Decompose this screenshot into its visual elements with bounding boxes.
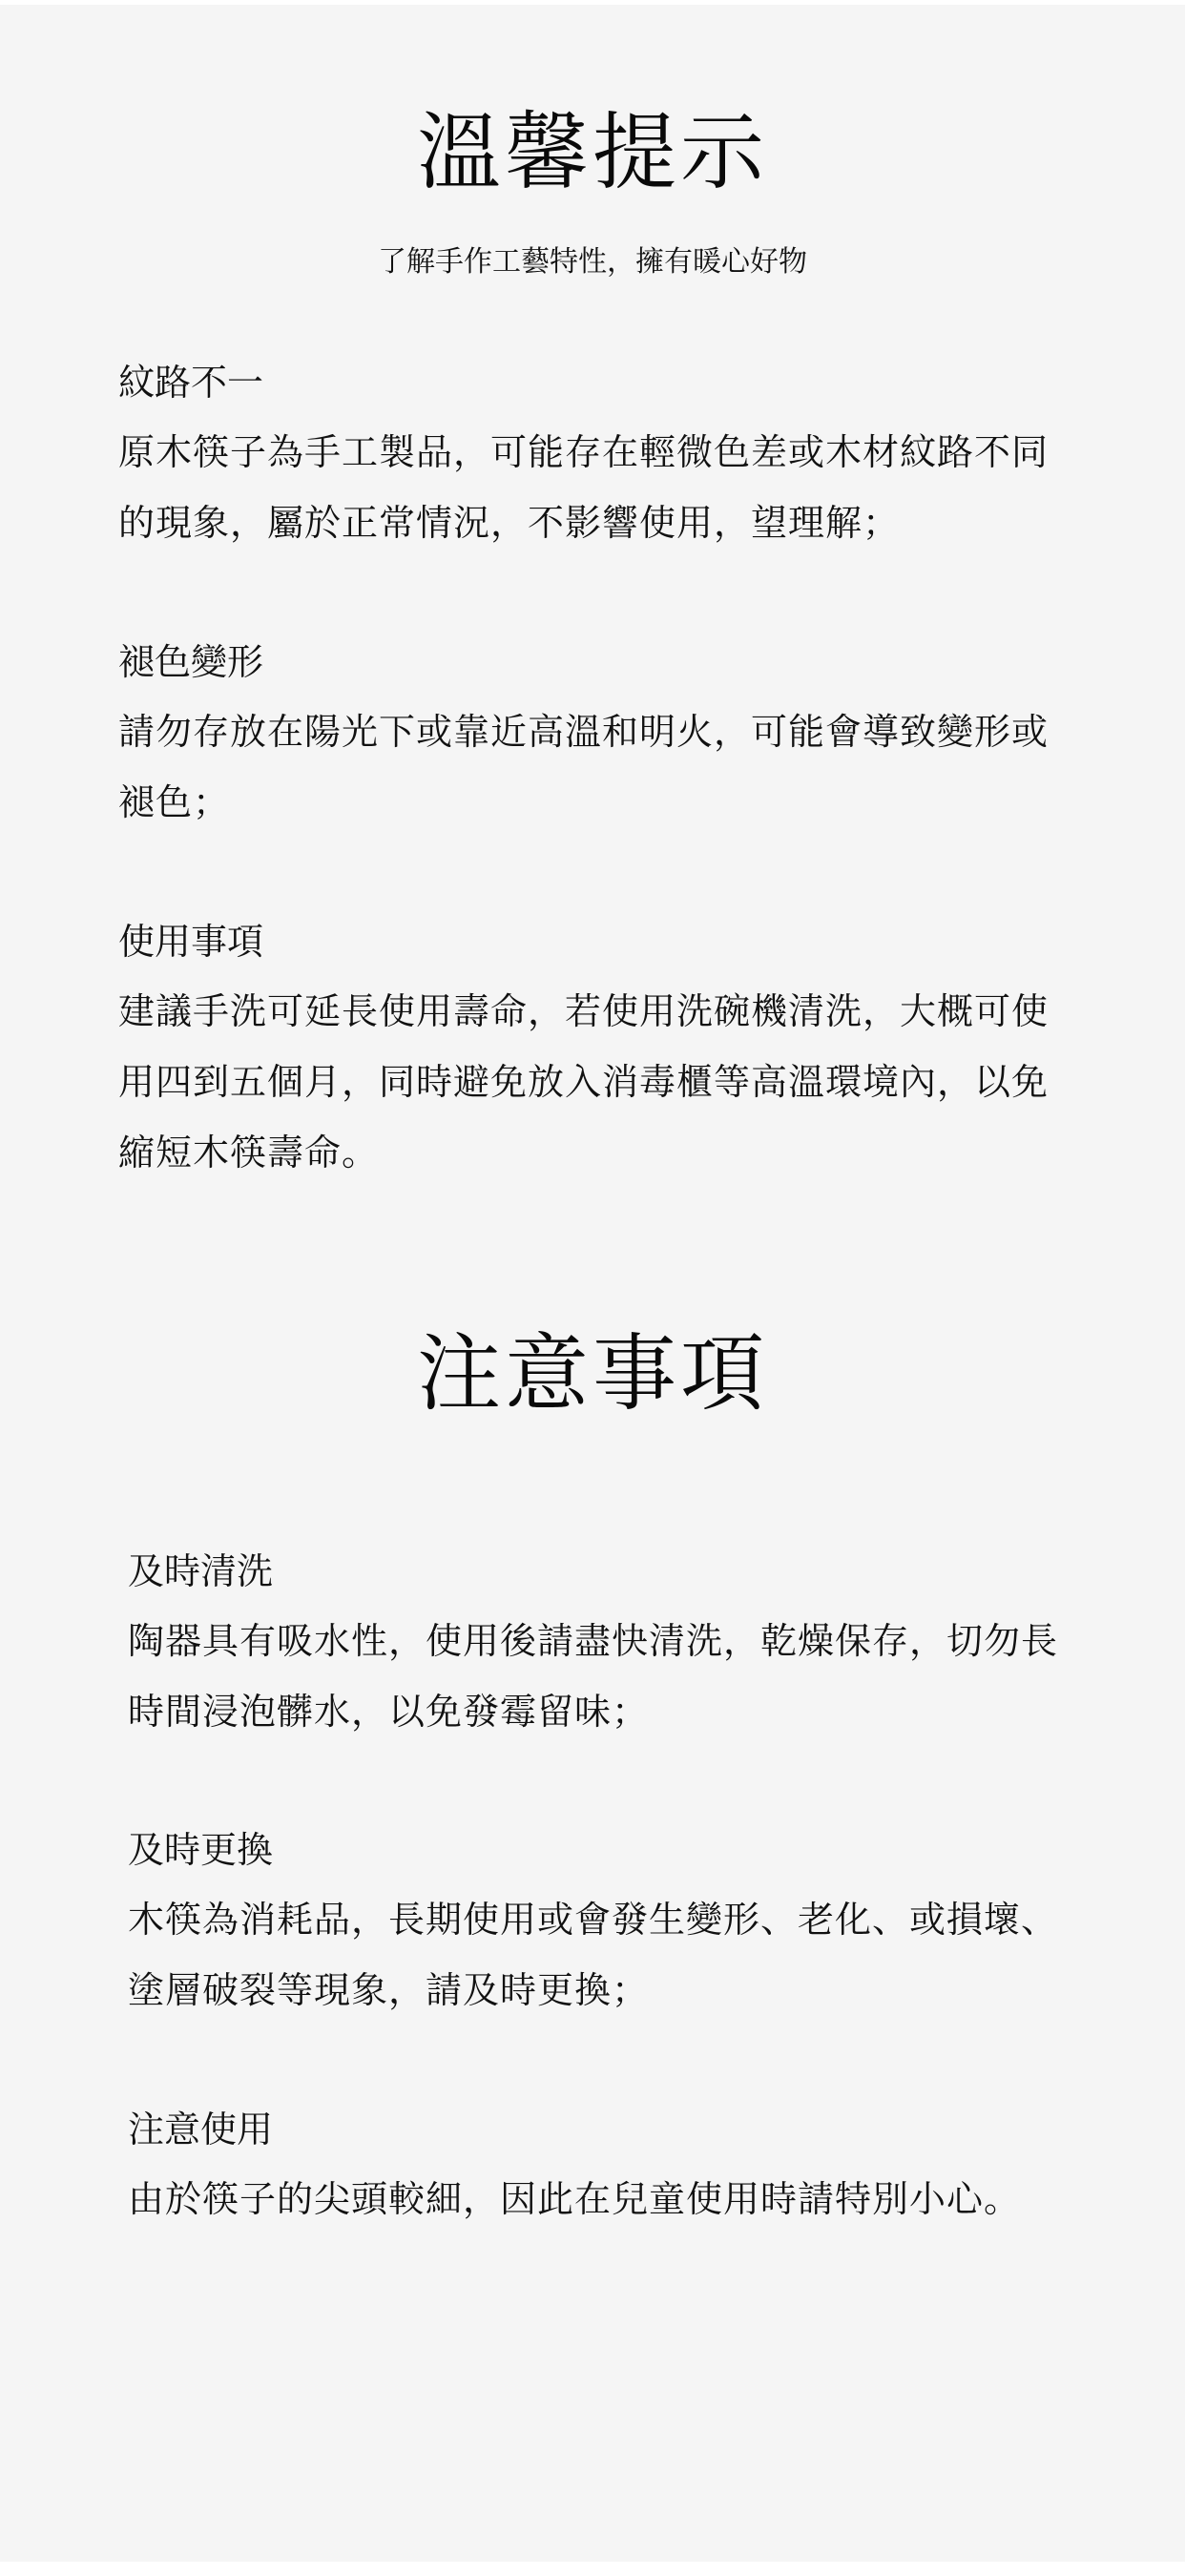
tip-body: 原木筷子為手工製品，可能存在輕微色差或木材紋路不同的現象，屬於正常情況，不影響使… (118, 417, 1072, 558)
tips-subtitle: 了解手作工藝特性，擁有暖心好物 (0, 243, 1185, 281)
tip-body: 請勿存放在陽光下或靠近高溫和明火，可能會導致變形或褪色； (118, 696, 1072, 838)
tip-body: 建議手洗可延長使用壽命，若使用洗碗機清洗，大概可使用四到五個月，同時避免放入消毒… (118, 976, 1072, 1188)
note-heading: 注意使用 (128, 2107, 1082, 2152)
note-body: 木筷為消耗品，長期使用或會發生變形、老化、或損壞、塗層破裂等現象，請及時更換； (128, 1884, 1082, 2025)
tip-heading: 紋路不一 (118, 360, 1072, 405)
tip-item-grain: 紋路不一 原木筷子為手工製品，可能存在輕微色差或木材紋路不同的現象，屬於正常情況… (118, 360, 1072, 558)
tip-item-usage: 使用事項 建議手洗可延長使用壽命，若使用洗碗機清洗，大概可使用四到五個月，同時避… (118, 919, 1072, 1188)
tip-item-fading: 褪色變形 請勿存放在陽光下或靠近高溫和明火，可能會導致變形或褪色； (118, 639, 1072, 838)
note-item-cleaning: 及時清洗 陶器具有吸水性，使用後請盡快清洗，乾燥保存，切勿長時間浸泡髒水，以免發… (128, 1548, 1082, 1747)
note-heading: 及時清洗 (128, 1548, 1082, 1594)
note-item-children: 注意使用 由於筷子的尖頭較細，因此在兒童使用時請特別小心。 (128, 2107, 1082, 2234)
notes-title: 注意事項 (0, 1326, 1185, 1422)
note-body: 陶器具有吸水性，使用後請盡快清洗，乾燥保存，切勿長時間浸泡髒水，以免發霉留味； (128, 1606, 1082, 1747)
content-panel: 溫馨提示 了解手作工藝特性，擁有暖心好物 紋路不一 原木筷子為手工製品，可能存在… (0, 5, 1185, 2562)
note-heading: 及時更換 (128, 1827, 1082, 1873)
note-body: 由於筷子的尖頭較細，因此在兒童使用時請特別小心。 (128, 2164, 1082, 2234)
note-item-replace: 及時更換 木筷為消耗品，長期使用或會發生變形、老化、或損壞、塗層破裂等現象，請及… (128, 1827, 1082, 2025)
tip-heading: 使用事項 (118, 919, 1072, 965)
tip-heading: 褪色變形 (118, 639, 1072, 685)
tips-title: 溫馨提示 (0, 105, 1185, 200)
